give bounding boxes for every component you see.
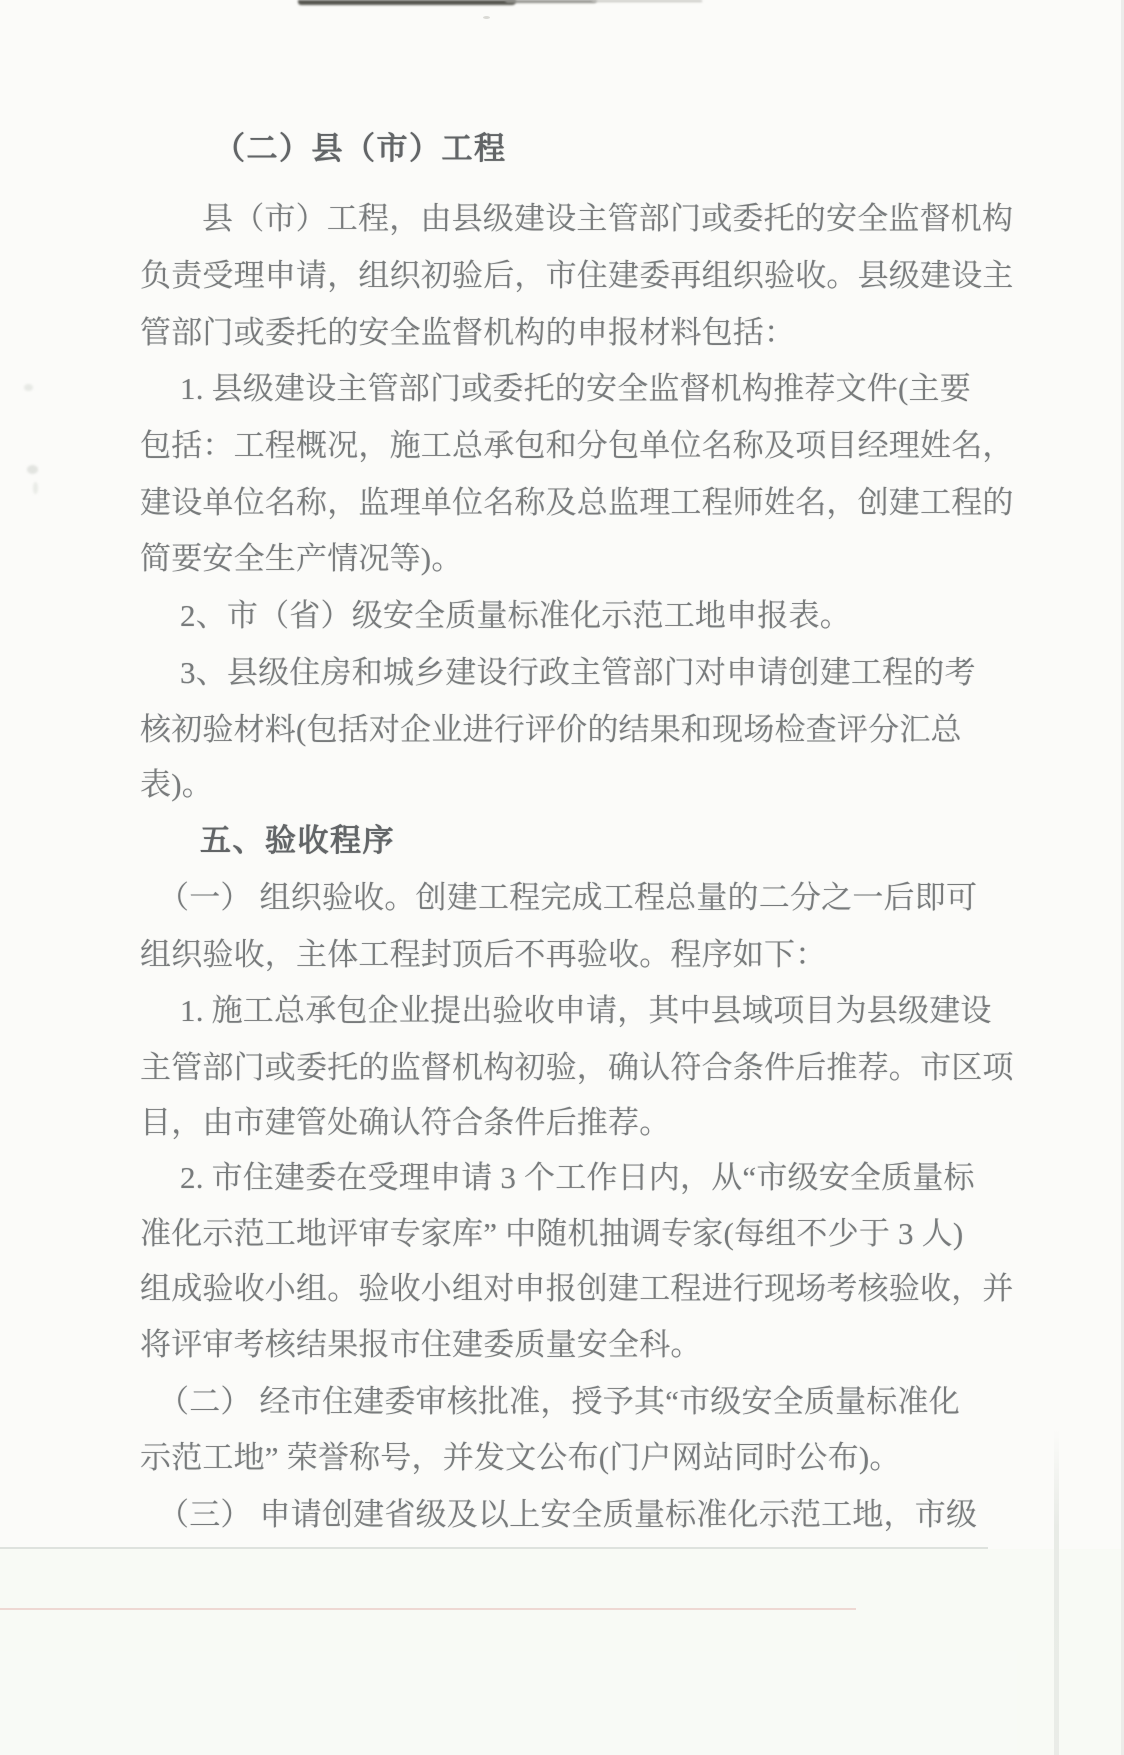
doc-line: 核初验材料(包括对企业进行评价的结果和现场检查评分汇总 <box>140 709 962 751</box>
scan-fold-streak <box>1054 1430 1059 1755</box>
scan-speck <box>483 16 490 19</box>
scan-speck <box>24 384 33 391</box>
scanned-document-page: （二）县（市）工程 县（市）工程，由县级建设主管部门或委托的安全监督机构 负责受… <box>0 0 1124 1755</box>
doc-line: 准化示范工地评审专家库” 中随机抽调专家(每组不少于 3 人) <box>140 1213 963 1255</box>
scanner-smudge-top-dark <box>298 0 516 5</box>
doc-line: 负责受理申请，组织初验后，市住建委再组织验收。县级建设主 <box>140 255 1014 297</box>
doc-line: 简要安全生产情况等)。 <box>140 538 463 580</box>
scanner-smudge-top-mid <box>505 0 597 3</box>
section-heading-acceptance-procedure: 五、验收程序 <box>200 820 395 862</box>
scanner-smudge-top-light <box>592 0 702 2</box>
doc-line: 包括：工程概况，施工总承包和分包单位名称及项目经理姓名， <box>140 425 1014 467</box>
doc-line-step-1: 1. 施工总承包企业提出验收申请，其中县域项目为县级建设 <box>180 990 992 1032</box>
doc-line-step-2: 2. 市住建委在受理申请 3 个工作日内，从“市级安全质量标 <box>180 1157 975 1199</box>
doc-line-item-2: 2、市（省）级安全质量标准化示范工地申报表。 <box>180 595 851 637</box>
doc-line-item-3: 3、县级住房和城乡建设行政主管部门对申请创建工程的考 <box>180 652 976 694</box>
scan-tint-band-bottom <box>0 1549 1124 1755</box>
doc-line: 管部门或委托的安全监督机构的申报材料包括： <box>140 312 795 354</box>
scan-line-gray <box>0 1547 988 1549</box>
scan-speck <box>33 482 38 494</box>
doc-line: 建设单位名称，监理单位名称及总监理工程师姓名，创建工程的 <box>140 482 1014 524</box>
doc-line-paragraph-start: 县（市）工程，由县级建设主管部门或委托的安全监督机构 <box>202 198 1013 240</box>
scan-line-pink <box>0 1608 856 1610</box>
doc-line-subsection-3: （三） 申请创建省级及以上安全质量标准化示范工地，市级 <box>158 1494 977 1536</box>
doc-line: 目，由市建管处确认符合条件后推荐。 <box>140 1102 670 1144</box>
doc-line-subsection-2: （二） 经市住建委审核批准，授予其“市级安全质量标准化 <box>158 1381 960 1423</box>
doc-line: 组成验收小组。验收小组对申报创建工程进行现场考核验收，并 <box>140 1268 1014 1310</box>
scan-speck <box>27 465 38 474</box>
doc-line: 组织验收，主体工程封顶后不再验收。程序如下： <box>140 934 826 976</box>
doc-line: 表)。 <box>140 764 213 806</box>
doc-line: 示范工地” 荣誉称号，并发文公布(门户网站同时公布)。 <box>140 1437 901 1479</box>
doc-line-subsection-1: （一） 组织验收。创建工程完成工程总量的二分之一后即可 <box>158 877 977 919</box>
section-heading-county-city-project: （二）县（市）工程 <box>214 128 507 170</box>
doc-line: 主管部门或委托的监督机构初验，确认符合条件后推荐。市区项 <box>140 1047 1014 1089</box>
doc-line-item-1: 1. 县级建设主管部门或委托的安全监督机构推荐文件(主要 <box>180 368 971 410</box>
doc-line: 将评审考核结果报市住建委质量安全科。 <box>140 1324 702 1366</box>
